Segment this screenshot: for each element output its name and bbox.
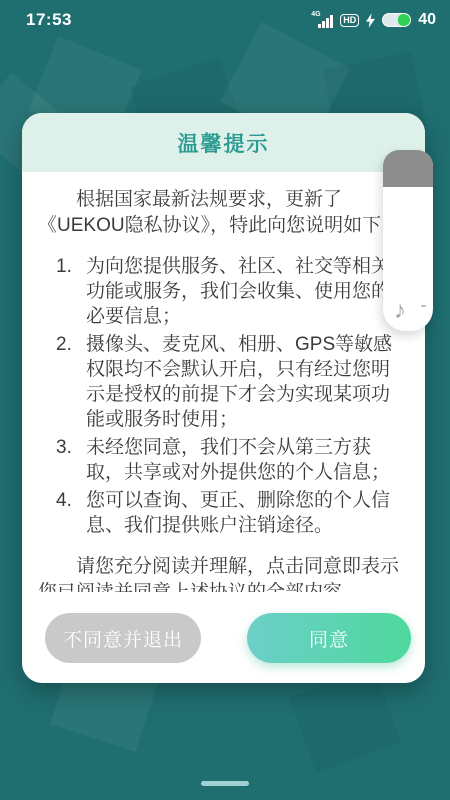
- status-bar: 17:53 4G HD 40: [0, 0, 450, 36]
- widget-handle[interactable]: [383, 150, 433, 187]
- policy-item-text: 为向您提供服务、社区、社交等相关 功能或服务，我们会收集、使用您的 必要信息；: [86, 254, 390, 329]
- disagree-exit-button[interactable]: 不同意并退出: [45, 613, 201, 663]
- policy-item-4: 4. 您可以查询、更正、删除您的个人信 息、我们提供账户注销途径。: [38, 488, 409, 538]
- dialog-body: 根据国家最新法规要求，更新了 《UEKOU隐私协议》，特此向您说明如下 1. 为…: [22, 187, 425, 592]
- agree-button[interactable]: 同意: [247, 613, 411, 663]
- policy-item-1: 1. 为向您提供服务、社区、社交等相关 功能或服务，我们会收集、使用您的 必要信…: [38, 254, 409, 329]
- app-screen: 17:53 4G HD 40 温馨提示 根据国家最新法规要求，更新了 《UEKO…: [0, 0, 450, 800]
- battery-fill: [398, 14, 410, 26]
- policy-list: 1. 为向您提供服务、社区、社交等相关 功能或服务，我们会收集、使用您的 必要信…: [38, 254, 409, 538]
- privacy-intro-text: 根据国家最新法规要求，更新了 《UEKOU隐私协议》，特此向您说明如下: [38, 187, 409, 239]
- battery-percent-label: 40: [418, 11, 436, 29]
- policy-item-number: 1.: [56, 254, 86, 329]
- policy-item-2: 2. 摄像头、麦克风、相册、GPS等敏感 权限均不会默认开启，只有经过您明 示是…: [38, 332, 409, 432]
- charging-icon: [366, 13, 375, 28]
- battery-icon: [382, 13, 411, 27]
- privacy-dialog: 温馨提示 根据国家最新法规要求，更新了 《UEKOU隐私协议》，特此向您说明如下…: [22, 113, 425, 683]
- policy-item-text: 摄像头、麦克风、相册、GPS等敏感 权限均不会默认开启，只有经过您明 示是授权的…: [86, 332, 392, 432]
- dialog-button-row: 不同意并退出 同意: [22, 613, 425, 663]
- widget-dash: [421, 305, 426, 307]
- music-note-icon: ♪: [394, 299, 406, 323]
- policy-item-number: 4.: [56, 488, 86, 538]
- policy-item-text: 未经您同意，我们不会从第三方获 取，共享或对外提供您的个人信息；: [86, 435, 390, 485]
- consent-note-text: 请您充分阅读并理解，点击同意即表示 您已阅读并同意上述协议的全部内容。: [38, 554, 409, 592]
- policy-item-number: 3.: [56, 435, 86, 485]
- floating-music-widget[interactable]: ♪: [383, 150, 433, 331]
- policy-item-text: 您可以查询、更正、删除您的个人信 息、我们提供账户注销途径。: [86, 488, 390, 538]
- dialog-title: 温馨提示: [178, 128, 270, 158]
- volte-hd-icon: HD: [340, 14, 359, 27]
- dialog-header: 温馨提示: [22, 113, 425, 172]
- signal-bars-icon: [318, 15, 333, 28]
- signal-strength-icon: 4G: [311, 12, 333, 28]
- clock: 17:53: [26, 10, 72, 30]
- policy-item-3: 3. 未经您同意，我们不会从第三方获 取，共享或对外提供您的个人信息；: [38, 435, 409, 485]
- gesture-navigation-bar[interactable]: [201, 781, 249, 786]
- status-icons: 4G HD 40: [311, 11, 436, 29]
- policy-item-number: 2.: [56, 332, 86, 432]
